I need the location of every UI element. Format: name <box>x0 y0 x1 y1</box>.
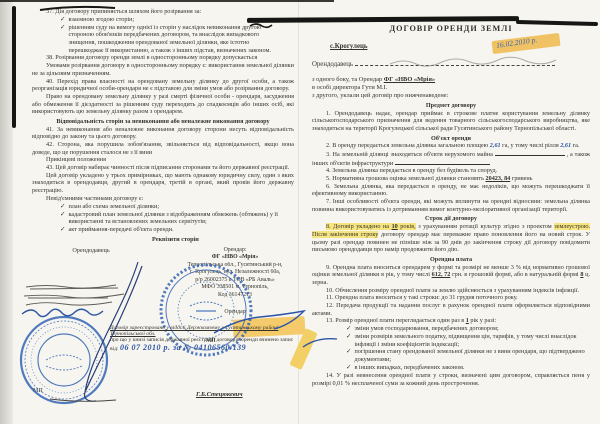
heading-object: Об'єкт оренди <box>312 135 590 143</box>
term-years: 10 <box>392 223 398 230</box>
clause-13-item: ✓ погіршення стану орендованої земельної… <box>346 348 590 363</box>
clause-10: 10. Обчислення розміру орендної плати за… <box>312 287 590 295</box>
checkmark-icon: ✓ <box>346 325 351 333</box>
registration-record: Договір зареєстровано у відділі Держкомз… <box>110 325 294 352</box>
lessor-column: Орендодавець <box>32 247 150 317</box>
contract-page-2: 37. Дія договору припиняється шляхом йог… <box>16 2 298 352</box>
lessor-blank-line: Орендодавець <box>312 60 590 68</box>
annex-item: ✓ кадастровий план земельної ділянки з в… <box>60 211 294 226</box>
clause-13-item: ✓ в інших випадках, передбачених законом… <box>346 364 590 372</box>
clause-43: 43. Цей договір набирає чинності після п… <box>32 164 294 172</box>
clause-40: 40. Перехід права власності на орендован… <box>32 78 294 93</box>
registration-line-1: Договір зареєстровано у відділі Держкомз… <box>110 325 294 337</box>
term-highlight: 8. Договір укладено на 10 років, <box>326 223 416 230</box>
clause-8: 8. Договір укладено на 10 років, з ураху… <box>312 223 590 254</box>
checkmark-icon: ✓ <box>60 226 65 234</box>
scanned-contract: 37. Дія договору припиняється шляхом йог… <box>0 0 600 424</box>
clause-37-item: ✓ взаємною згодою сторін; <box>60 16 294 24</box>
lessor-label: Орендодавець <box>72 247 109 254</box>
lessee-name: ФГ «НВО «Мрія» <box>176 254 294 262</box>
registration-date-handwritten: 06 07 2010 р. за № 04106560/139 <box>120 343 246 352</box>
clause-2: 2. В оренду передається земельна ділянка… <box>312 142 590 150</box>
clause-13-item: ✓ зміни умов господарювання, передбачени… <box>346 325 590 333</box>
intro-line-1: з одного боку, та Орендар ФГ «НВО «Мрія» <box>312 76 590 84</box>
clause-37-item-text: взаємною згодою сторін; <box>68 16 134 24</box>
rent-grain-amount: 8 <box>580 271 583 278</box>
clause-37-item: ✓ рішенням суду на вимогу однієї із стор… <box>60 24 294 55</box>
clause-41: 41. За невиконання або неналежне виконан… <box>32 126 294 141</box>
checkmark-icon: ✓ <box>346 333 351 348</box>
lessee-label: Орендар: <box>176 247 294 255</box>
annex-item: ✓ акт приймання-передачі об'єкта оренди. <box>60 226 294 234</box>
clause-7: 7. Інші особливості об'єкта оренди, які … <box>312 198 590 213</box>
clause-5: 5. Нормативна грошова оцінка земельної д… <box>312 175 590 183</box>
checkmark-icon: ✓ <box>60 24 65 55</box>
clause-4: 4. Земельна ділянка передається в оренду… <box>312 167 590 175</box>
clause-42: 42. Сторона, яка порушила зобов'язання, … <box>32 141 294 156</box>
checkmark-icon: ✓ <box>60 203 65 211</box>
lessee-column: Орендар: ФГ «НВО «Мрія» Тернопільська об… <box>176 247 294 317</box>
lessee-bank: р/р 26002375 в ТОВ «РБ Аваль» <box>176 277 294 285</box>
clause-45: Невід'ємними частинами договору є: <box>46 195 294 203</box>
contract-page-1: ДОГОВІР ОРЕНДИ ЗЕМЛІ с.Крогулець Орендод… <box>300 2 598 387</box>
clause-13-item: ✓ зміни розмірів земельного податку, під… <box>346 333 590 348</box>
clause-40-continued: Право на орендовану земельну ділянку у р… <box>32 93 294 116</box>
document-title: ДОГОВІР ОРЕНДИ ЗЕМЛІ <box>312 24 590 33</box>
clause-3: 3. На земельній ділянці знаходяться об'є… <box>312 150 590 167</box>
valuation-amount: 20423, 84 <box>486 175 511 182</box>
checkmark-icon: ✓ <box>346 348 351 363</box>
clause-11: 11. Орендна плата вноситься у такі строк… <box>312 294 590 302</box>
director-signature-name: Г.Б.Стецюкевич <box>196 391 243 398</box>
checkmark-icon: ✓ <box>60 16 65 24</box>
clause-37: 37. Дія договору припиняється шляхом йог… <box>32 8 294 16</box>
clause-38: 38. Розірвання договору оренди землі в о… <box>32 54 294 62</box>
annex-item-text: план або схема земельної ділянки; <box>68 203 159 211</box>
heading-term: Строк дії договору <box>312 215 590 223</box>
area-arable-handwritten: 2,61 <box>560 142 571 149</box>
clause-6: 6. Земельна ділянка, яка передається в о… <box>312 183 590 198</box>
mp-seal-mark: МП <box>33 388 43 394</box>
lessee-code: Код 36147213 <box>176 292 294 300</box>
lessee-address-2: с. Крогулець, вул. Незалежності 60а, <box>176 269 294 277</box>
lessee-address-1: Тернопільська обл., Гусятинський р-н, <box>176 262 294 270</box>
clause-44: Цей договір укладено у трьох примірниках… <box>32 172 294 195</box>
checkmark-icon: ✓ <box>346 364 351 372</box>
area-total-handwritten: 2,61 <box>490 142 501 149</box>
requisites-columns: Орендодавець Орендар: ФГ «НВО «Мрія» Тер… <box>32 247 294 317</box>
checkmark-icon: ✓ <box>60 211 65 226</box>
clause-37-item-text: рішенням суду на вимогу однієї із сторін… <box>68 24 280 55</box>
annex-item-text: кадастровий план земельної ділянки з від… <box>68 211 280 226</box>
heading-final-provisions: Прикінцеві положення <box>46 156 294 164</box>
clause-13: 13. Розмір орендної плати переглядається… <box>312 317 590 325</box>
clause-39: Умовами розірвання договору в односторон… <box>32 62 294 77</box>
clause-14: 14. У разі невнесення орендної плати у с… <box>312 372 590 387</box>
intro-line-2: в особі директора Гути М.І. <box>312 84 590 92</box>
heading-responsibility: Відповідальність сторін за невиконання а… <box>32 118 294 126</box>
clause-9: 9. Орендна плата вноситься орендарем у ф… <box>312 264 590 287</box>
lessee-name-inline: ФГ «НВО «Мрія» <box>384 76 435 83</box>
lessee-mfo: МФО 338501 м. Тернопіль, <box>176 284 294 292</box>
lessee-sign-label: Орендар <box>176 309 294 317</box>
heading-rent: Орендна плата <box>312 256 590 264</box>
rent-money-amount: 612, 72 <box>432 271 451 278</box>
clause-1: 1. Орендодавець надає, орендар приймає в… <box>312 110 590 133</box>
annex-item-text: акт приймання-передачі об'єкта оренди. <box>68 226 173 234</box>
review-period-years: 1 <box>466 317 469 324</box>
heading-subject: Предмет договору <box>312 102 590 110</box>
clause-12: 12. Передача продукції та надання послуг… <box>312 302 590 317</box>
annex-item: ✓ план або схема земельної ділянки; <box>60 203 294 211</box>
intro-line-3: з другого, уклали цей договір про нижчен… <box>312 92 590 100</box>
registration-line-2: про що у книзі записів державної реєстра… <box>110 337 294 352</box>
heading-requisites: Реквізити сторін <box>152 236 294 244</box>
